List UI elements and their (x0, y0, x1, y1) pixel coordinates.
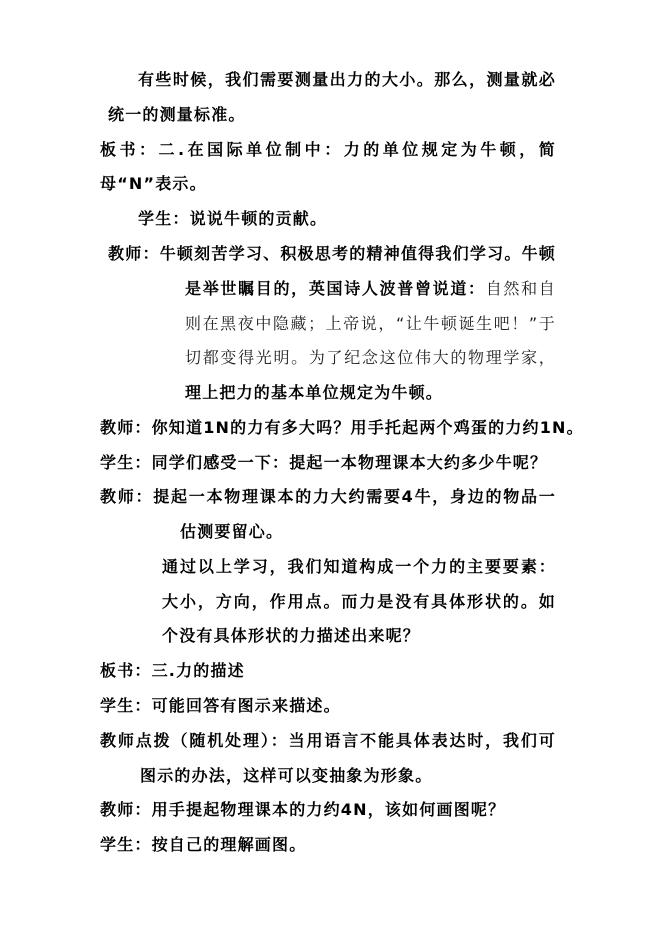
board-note-line: 板书：二.在国际单位制中：力的单位规定为牛顿，简称“牛”用字 (100, 138, 556, 162)
paragraph-line: 有些时候，我们需要测量出力的大小。那么，测量就必须规定 (138, 68, 556, 92)
teacher-line: 图示的办法，这样可以变抽象为形象。 (140, 764, 432, 788)
student-line: 学生：说说牛顿的贡献。 (138, 207, 327, 231)
teacher-line: 则在黑夜中隐藏；上帝说，“让牛顿诞生吧！”于是一 (185, 312, 556, 336)
paragraph-line: 个没有具体形状的力描述出来呢？ (162, 624, 420, 648)
student-line: 学生：同学们感受一下：提起一本物理课本大约多少牛呢？ (100, 451, 547, 475)
teacher-line: 理上把力的基本单位规定为牛顿。 (185, 381, 443, 405)
teacher-line: 教师：牛顿刻苦学习、积极思考的精神值得我们学习。牛顿的贡献 (108, 242, 556, 266)
teacher-line: 教师点拨（随机处理）：当用语言不能具体表达时，我们可以选择 (100, 729, 556, 753)
teacher-line: 是举世瞩目的，英国诗人波普曾说道：自然和自然的法 (185, 277, 556, 301)
board-note-line: 板书：三.力的描述 (100, 659, 245, 683)
teacher-line: 教师：提起一本物理课本的力大约需要4牛，身边的物品一些量的 (100, 485, 556, 509)
paragraph-line: 通过以上学习，我们知道构成一个力的主要要素：分别是： (162, 555, 556, 579)
teacher-line: 估测要留心。 (180, 520, 283, 544)
student-line: 学生：可能回答有图示来描述。 (100, 694, 341, 718)
student-line: 学生：按自己的理解画图。 (100, 833, 306, 857)
teacher-line-bold: 是举世瞩目的，英国诗人波普曾说道： (185, 279, 486, 298)
teacher-line: 切都变得光明。为了纪念这位伟大的物理学家，所以物 (185, 346, 556, 370)
paragraph-line: 统一的测量标准。 (108, 103, 246, 127)
board-note-line: 母“N”表示。 (100, 172, 207, 196)
teacher-line: 教师：用手提起物理课本的力约4N，该如何画图呢？ (100, 798, 505, 822)
teacher-line: 教师：你知道1N的力有多大吗？用手托起两个鸡蛋的力约1N。 (100, 416, 584, 440)
document-page: 有些时候，我们需要测量出力的大小。那么，测量就必须规定 统一的测量标准。 板书：… (0, 0, 661, 935)
paragraph-line: 大小，方向，作用点。而力是没有具体形状的。如何把一 (162, 590, 556, 614)
